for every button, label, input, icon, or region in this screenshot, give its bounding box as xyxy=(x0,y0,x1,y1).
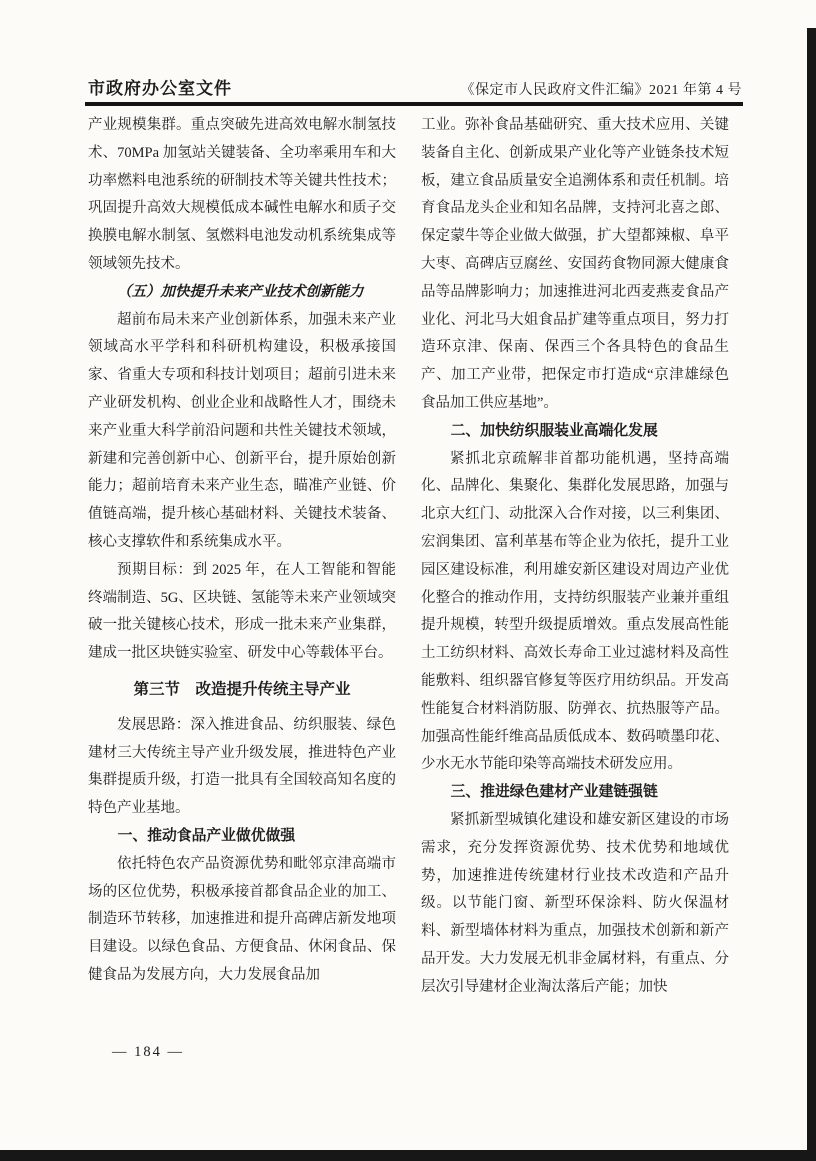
heading: 三、推进绿色建材产业建链强链 xyxy=(421,779,729,807)
paragraph: 发展思路：深入推进食品、纺织服装、绿色建材三大传统主导产业升级发展，推进特色产业… xyxy=(88,712,396,823)
heading: （五）加快提升未来产业技术创新能力 xyxy=(88,279,396,307)
heading: 二、加快纺织服装业高端化发展 xyxy=(421,418,729,446)
paragraph: 紧抓北京疏解非首都功能机遇，坚持高端化、品牌化、集聚化、集群化发展思路，加强与北… xyxy=(421,446,729,780)
scan-artifact-right-edge xyxy=(807,28,816,1161)
left-column: 产业规模集群。重点突破先进高效电解水制氢技术、70MPa 加氢站关键装备、全功率… xyxy=(88,112,396,990)
paragraph: 依托特色农产品资源优势和毗邻京津高端市场的区位优势，积极承接首都食品企业的加工、… xyxy=(88,851,396,990)
heading: 一、推动食品产业做优做强 xyxy=(88,823,396,851)
scan-artifact-bottom-edge xyxy=(0,1150,816,1161)
page-number: — 184 — xyxy=(112,1044,184,1061)
paragraph: 工业。弥补食品基础研究、重大技术应用、关键装备自主化、创新成果产业化等产业链条技… xyxy=(421,112,729,418)
paragraph: 预期目标：到 2025 年，在人工智能和智能终端制造、5G、区块链、氢能等未来产… xyxy=(88,557,396,668)
header-left-title: 市政府办公室文件 xyxy=(88,74,232,99)
paragraph: 紧抓新型城镇化建设和雄安新区建设的市场需求，充分发挥资源优势、技术优势和地域优势… xyxy=(421,807,729,1002)
header-right-title: 《保定市人民政府文件汇编》2021 年第 4 号 xyxy=(461,79,743,99)
header-rule xyxy=(85,102,743,106)
heading: 第三节 改造提升传统主导产业 xyxy=(88,676,396,704)
document-page: 市政府办公室文件 《保定市人民政府文件汇编》2021 年第 4 号 产业规模集群… xyxy=(0,0,816,1161)
paragraph: 超前布局未来产业创新体系，加强未来产业领域高水平学科和科研机构建设，积极承接国家… xyxy=(88,307,396,557)
right-column: 工业。弥补食品基础研究、重大技术应用、关键装备自主化、创新成果产业化等产业链条技… xyxy=(421,112,729,1002)
paragraph: 产业规模集群。重点突破先进高效电解水制氢技术、70MPa 加氢站关键装备、全功率… xyxy=(88,112,396,279)
